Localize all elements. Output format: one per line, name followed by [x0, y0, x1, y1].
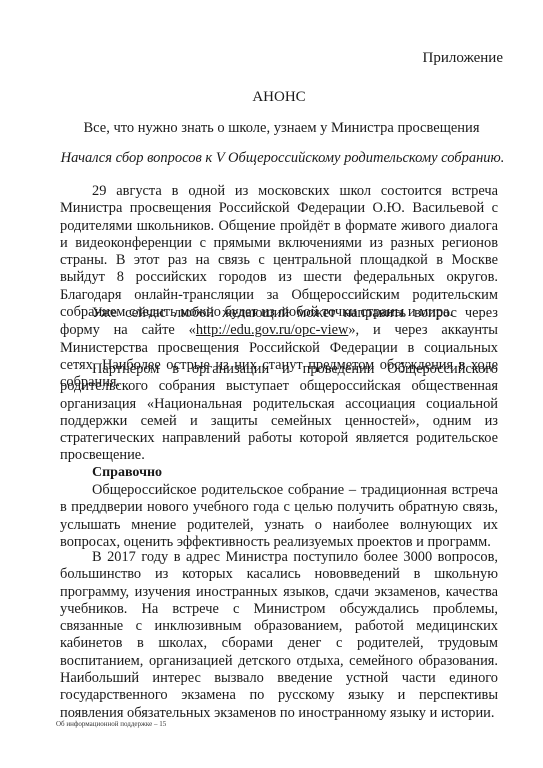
reference-heading: Справочно: [92, 465, 162, 481]
paragraph-partner: Партнёром в организации и проведении Общ…: [60, 361, 498, 465]
page-footer: Об информационной поддержке – 15: [56, 720, 166, 728]
appendix-label: Приложение: [422, 50, 503, 67]
document-page: Приложение АНОНС Все, что нужно знать о …: [0, 0, 543, 768]
reference-paragraph-2: В 2017 году в адрес Министра поступило б…: [60, 549, 498, 722]
lead-paragraph: Начался сбор вопросов к V Общероссийском…: [0, 150, 543, 167]
opc-view-link[interactable]: http://edu.gov.ru/opc-view: [196, 322, 349, 338]
reference-section-2: В 2017 году в адрес Министра поступило б…: [60, 549, 498, 722]
paragraph-meeting: 29 августа в одной из московских школ со…: [60, 183, 498, 321]
document-title: АНОНС: [0, 89, 543, 106]
reference-paragraph-1: Общероссийское родительское собрание – т…: [60, 482, 498, 551]
document-subtitle: Все, что нужно знать о школе, узнаем у М…: [0, 120, 543, 137]
announcement-section-3: Партнёром в организации и проведении Общ…: [60, 361, 498, 465]
reference-section-1: Общероссийское родительское собрание – т…: [60, 482, 498, 551]
announcement-section-1: 29 августа в одной из московских школ со…: [60, 183, 498, 321]
